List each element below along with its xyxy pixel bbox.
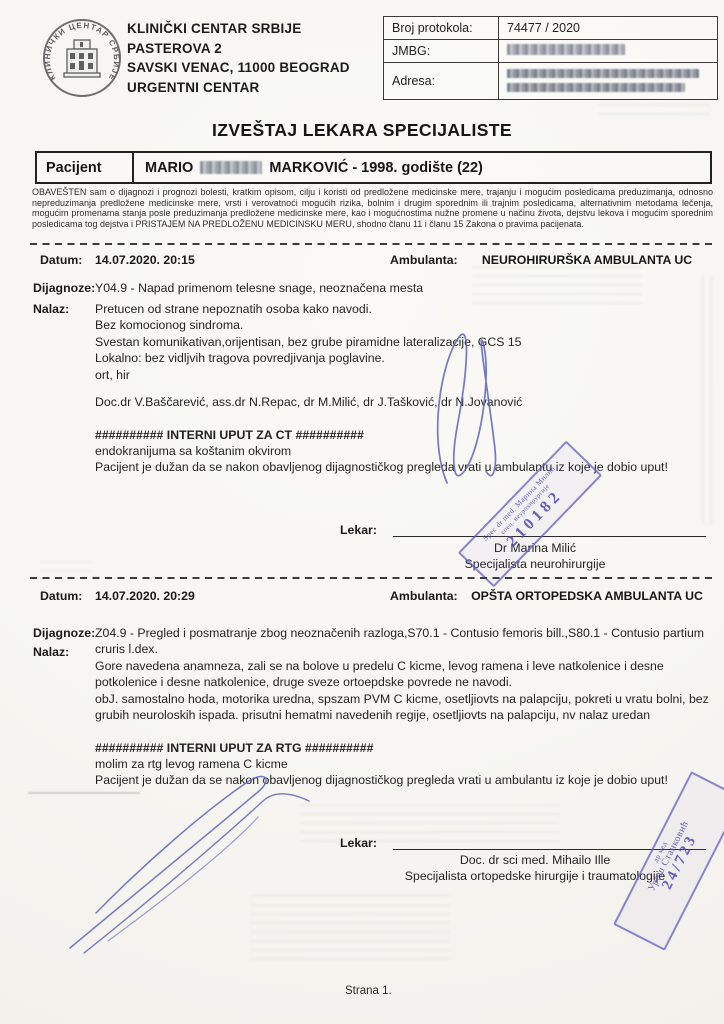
address-label: Adresa: <box>384 63 499 100</box>
report-title: IZVEŠTAJ LEKARA SPECIJALISTE <box>0 120 724 141</box>
protocol-number-value: 74477 / 2020 <box>499 17 718 40</box>
patient-label: Pacijent <box>46 160 102 176</box>
datum-label: Datum: <box>40 589 82 603</box>
dashed-separator <box>30 243 714 245</box>
ambulanta-label: Ambulanta: <box>390 253 458 267</box>
org-department: URGENTNI CENTAR <box>127 78 350 98</box>
lekar-label: Lekar: <box>340 523 377 537</box>
protocol-table: Broj protokola: 74477 / 2020 JMBG: Adres… <box>383 16 718 100</box>
doctor-title: Specijalista neurohirurgije <box>400 556 670 572</box>
lekar-label: Lekar: <box>340 836 377 850</box>
uput-body: molim za rtg levog ramena C kicme Pacije… <box>95 756 709 789</box>
ambulanta-value: NEUROHIRURŠKA AMBULANTA UC <box>463 253 711 269</box>
uput-header: ########## INTERNI UPUT ZA RTG #########… <box>95 740 709 756</box>
jmbg-redacted-value <box>499 40 718 63</box>
protocol-row: JMBG: <box>384 40 718 63</box>
dijagnoze-value: Y04.9 - Napad primenom telesne snage, ne… <box>95 280 709 296</box>
patient-name-suffix: MARKOVIĆ - 1998. godište (22) <box>269 160 483 176</box>
bleedthrough-smudge <box>250 888 450 960</box>
ambulanta-value: OPŠTA ORTOPEDSKA AMBULANTA UC <box>463 589 711 605</box>
datum-label: Datum: <box>40 253 82 267</box>
org-city: SAVSKI VENAC, 11000 BEOGRAD <box>127 58 350 78</box>
nalaz-text: Pretucen od strane nepoznatih osoba kako… <box>95 301 709 383</box>
dijagnoze-label: Dijagnoze: <box>33 626 95 640</box>
scanned-report-page: КЛИНИЧКИ ЦЕНТАР СРБИЈЕ KLINIČKI CENTAR S… <box>0 0 724 1024</box>
nalaz-text: Gore navedena anamneza, zali se na bolov… <box>95 658 709 724</box>
protocol-row: Adresa: <box>384 63 718 100</box>
nalaz-label: Nalaz: <box>33 645 69 659</box>
org-street: PASTEROVA 2 <box>127 39 350 59</box>
uput-body: endokranijuma sa koštanim okvirom Pacije… <box>95 443 709 476</box>
uput-header: ########## INTERNI UPUT ZA CT ########## <box>95 427 709 443</box>
fold-line <box>28 792 140 794</box>
patient-table: Pacijent MARIO MARKOVIĆ - 1998. godište … <box>35 151 712 184</box>
org-address-block: KLINIČKI CENTAR SRBIJE PASTEROVA 2 SAVSK… <box>127 19 350 97</box>
signature-scribble-2 <box>108 817 258 941</box>
patient-name-redaction <box>200 161 262 174</box>
org-name: KLINIČKI CENTAR SRBIJE <box>127 19 350 39</box>
datum-value: 14.07.2020. 20:29 <box>95 589 195 603</box>
datum-value: 14.07.2020. 20:15 <box>95 253 195 267</box>
signature-scribble-2 <box>70 776 266 948</box>
page-number: Strana 1. <box>345 985 392 997</box>
bleedthrough-smudge <box>598 103 710 115</box>
nalaz-label: Nalaz: <box>33 302 69 316</box>
jmbg-label: JMBG: <box>384 40 499 63</box>
address-redacted-value <box>499 63 718 100</box>
protocol-label: Broj protokola: <box>384 17 499 40</box>
patient-name-prefix: MARIO <box>145 160 193 176</box>
protocol-row: Broj protokola: 74477 / 2020 <box>384 17 718 40</box>
ambulanta-label: Ambulanta: <box>390 589 458 603</box>
dijagnoze-label: Dijagnoze: <box>33 281 95 295</box>
hospital-seal: КЛИНИЧКИ ЦЕНТАР СРБИЈЕ <box>40 14 124 100</box>
dijagnoze-value: Z04.9 - Pregled i posmatranje zbog neozn… <box>95 625 709 658</box>
consent-paragraph: OBAVEŠTEN sam o dijagnozi i prognozi bol… <box>32 187 713 230</box>
dashed-separator <box>30 577 714 579</box>
doctors-line: Doc.dr V.Baščarević, ass.dr N.Repac, dr … <box>95 394 709 410</box>
bleedthrough-smudge <box>40 560 92 572</box>
